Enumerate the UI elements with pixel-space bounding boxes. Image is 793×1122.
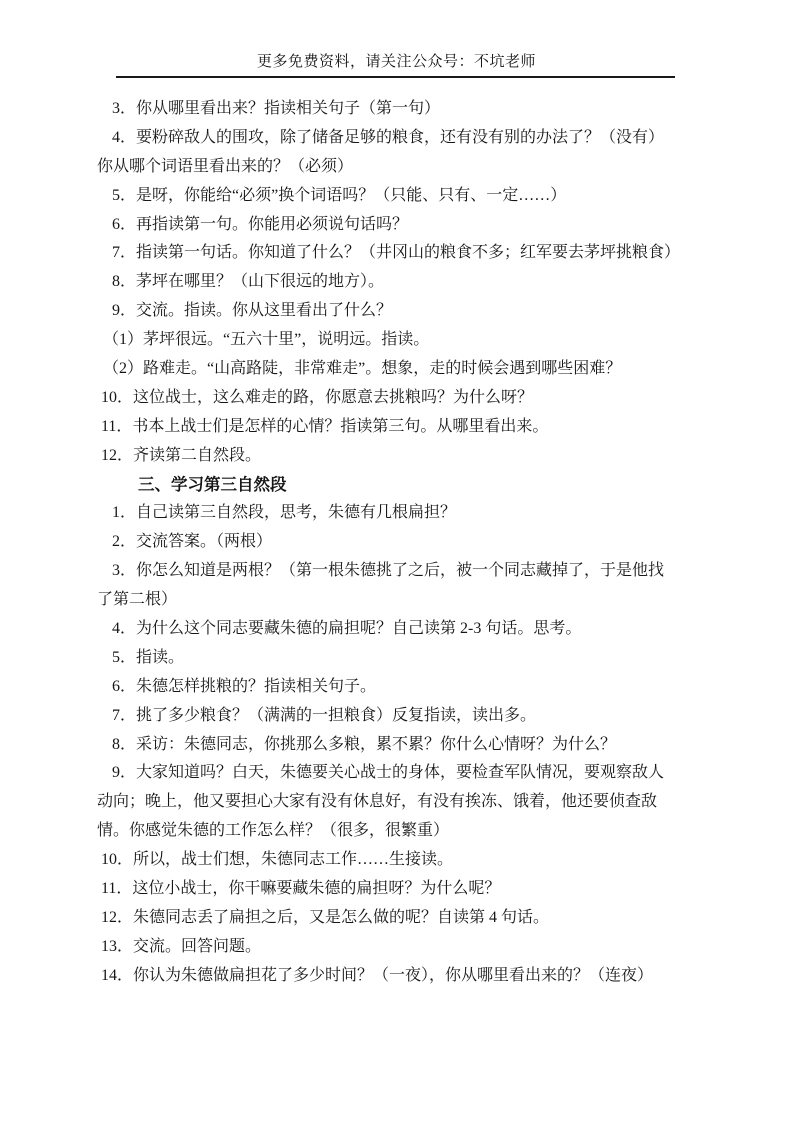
doc-line: 8．茅坪在哪里？（山下很远的地方）。: [97, 268, 737, 297]
doc-line: 9．交流。指读。你从这里看出了什么？: [97, 297, 737, 326]
doc-line: 11．这位小战士，你干嘛要藏朱德的扁担呀？为什么呢？: [97, 875, 737, 904]
section-heading: 三、学习第三自然段: [97, 471, 737, 500]
doc-line: 13．交流。回答问题。: [97, 933, 737, 962]
doc-line: 14．你认为朱德做扁担花了多少时间？（一夜），你从哪里看出来的？（连夜）: [97, 962, 737, 991]
doc-line: 动向；晚上，他又要担心大家有没有休息好，有没有挨冻、饿着，他还要侦查敌: [97, 788, 737, 817]
doc-line: 5．指读。: [97, 644, 737, 673]
doc-line: 5．是呀，你能给“必须”换个词语吗？（只能、只有、一定……）: [97, 182, 737, 211]
doc-line: 12．朱德同志丢了扁担之后，又是怎么做的呢？自读第 4 句话。: [97, 904, 737, 933]
doc-line: 了第二根）: [97, 586, 737, 615]
doc-line: 情。你感觉朱德的工作怎么样？（很多，很繁重）: [97, 817, 737, 846]
doc-line: 7．挑了多少粮食？（满满的一担粮食）反复指读，读出多。: [97, 702, 737, 731]
doc-line: 10．所以，战士们想，朱德同志工作……生接读。: [97, 846, 737, 875]
doc-line: 7．指读第一句话。你知道了什么？（井冈山的粮食不多；红军要去茅坪挑粮食）: [97, 239, 737, 268]
document-page: 更多免费资料，请关注公众号：不坑老师 3．你从哪里看出来？指读相关句子（第一句）…: [0, 0, 793, 1122]
doc-line: （2）路难走。“山高路陡，非常难走”。想象，走的时候会遇到哪些困难？: [97, 355, 737, 384]
header-slogan: 更多免费资料，请关注公众号：不坑老师: [0, 52, 793, 72]
doc-line: 11．书本上战士们是怎样的心情？指读第三句。从哪里看出来。: [97, 413, 737, 442]
doc-line: 2．交流答案。（两根）: [97, 528, 737, 557]
doc-line: 6．再指读第一句。你能用必须说句话吗？: [97, 211, 737, 240]
doc-line: 10．这位战士，这么难走的路，你愿意去挑粮吗？为什么呀？: [97, 384, 737, 413]
doc-line: 9．大家知道吗？白天，朱德要关心战士的身体，要检查军队情况，要观察敌人: [97, 759, 737, 788]
doc-line: 3．你怎么知道是两根？（第一根朱德挑了之后，被一个同志藏掉了，于是他找: [97, 557, 737, 586]
doc-line: 你从哪个词语里看出来的？（必须）: [97, 153, 737, 182]
doc-line: 12．齐读第二自然段。: [97, 442, 737, 471]
doc-line: 3．你从哪里看出来？指读相关句子（第一句）: [97, 95, 737, 124]
doc-line: 8．采访：朱德同志，你挑那么多粮，累不累？你什么心情呀？为什么？: [97, 731, 737, 760]
doc-line: （1）茅坪很远。“五六十里”，说明远。指读。: [97, 326, 737, 355]
doc-line: 1．自己读第三自然段，思考，朱德有几根扁担？: [97, 499, 737, 528]
document-body: 3．你从哪里看出来？指读相关句子（第一句） 4．要粉碎敌人的围攻，除了储备足够的…: [97, 95, 737, 991]
doc-line: 6．朱德怎样挑粮的？指读相关句子。: [97, 673, 737, 702]
header-divider: [116, 76, 675, 78]
doc-line: 4．要粉碎敌人的围攻，除了储备足够的粮食，还有没有别的办法了？（没有）: [97, 124, 737, 153]
doc-line: 4．为什么这个同志要藏朱德的扁担呢？自己读第 2-3 句话。思考。: [97, 615, 737, 644]
